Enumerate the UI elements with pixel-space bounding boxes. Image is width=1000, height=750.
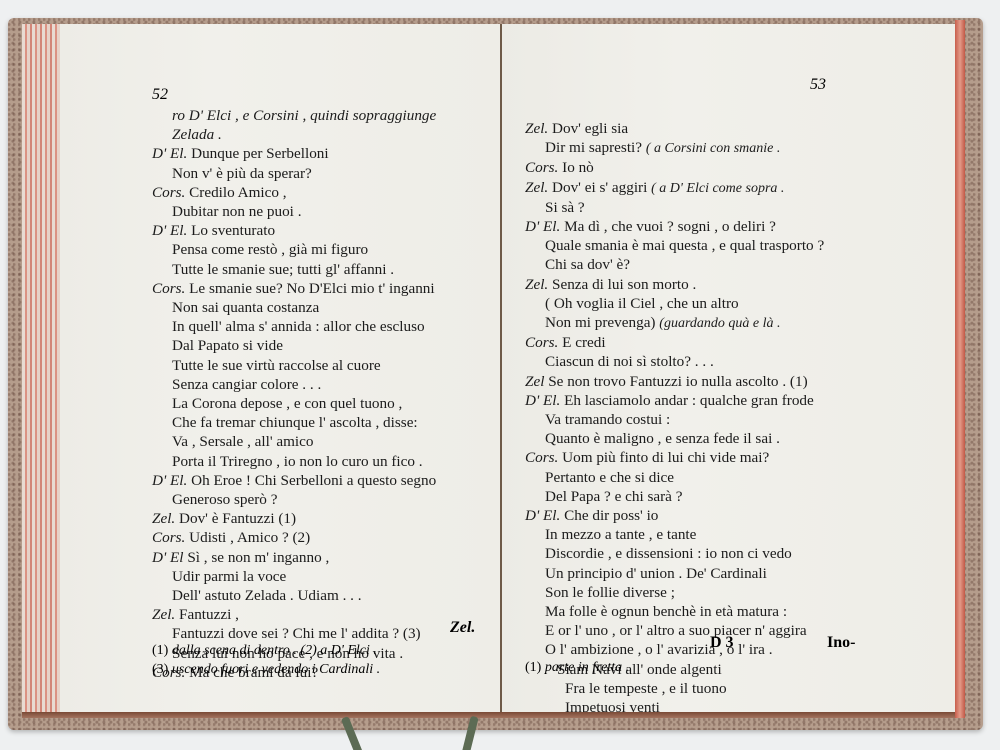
page-number: 53 bbox=[810, 76, 826, 94]
verse-text: Lo sventurato bbox=[191, 222, 275, 239]
speaker-label: D' El. bbox=[525, 218, 564, 235]
verse-line: Son le follie diverse ; bbox=[525, 583, 935, 602]
verse-line: Non mi prevenga) (guardando quà e là . bbox=[525, 313, 935, 333]
verse-line: ( Oh voglia il Ciel , che un altro bbox=[525, 294, 935, 313]
verse-text: Del Papa ? e chi sarà ? bbox=[545, 488, 682, 505]
verse-line: Generoso sperò ? bbox=[152, 490, 502, 509]
speaker-label: Cors. bbox=[152, 184, 189, 201]
verse-line: Del Papa ? e chi sarà ? bbox=[525, 487, 935, 506]
verse-text: E credi bbox=[562, 334, 605, 351]
speaker-label: D' El. bbox=[152, 145, 191, 162]
verse-line: Senza cangiar colore . . . bbox=[152, 375, 502, 394]
verse-line: Tutte le smanie sue; tutti gl' affanni . bbox=[152, 260, 502, 279]
verse-line: Un principio d' union . De' Cardinali bbox=[525, 564, 935, 583]
verse-line: Dell' astuto Zelada . Udiam . . . bbox=[152, 586, 502, 605]
verse-text: Ma dì , che vuoi ? sogni , o deliri ? bbox=[564, 218, 776, 235]
verse-line: Chi sa dov' è? bbox=[525, 255, 935, 274]
verse-line: Dubitar non ne puoi . bbox=[152, 202, 502, 221]
verse-text: Fantuzzi dove sei ? Chi me l' addita ? (… bbox=[172, 625, 421, 642]
verse-text: Senza di lui son morto . bbox=[552, 276, 696, 293]
verse-line: Zelada . bbox=[152, 125, 502, 144]
verse-line: Ma folle è ognun benchè in età matura : bbox=[525, 602, 935, 621]
speaker-label: Zel. bbox=[525, 276, 552, 293]
verse-line: Cors. Io nò bbox=[525, 158, 935, 177]
catchword: Ino- bbox=[827, 634, 855, 652]
verse-line: Si sà ? bbox=[525, 198, 935, 217]
verse-line: Cors. Credilo Amico , bbox=[152, 183, 502, 202]
verse-line: D' El. Lo sventurato bbox=[152, 221, 502, 240]
verse-line: D' El. Che dir poss' io bbox=[525, 506, 935, 525]
verse-text: Oh Eroe ! Chi Serbelloni a questo segno bbox=[191, 472, 436, 489]
left-page: 52 ro D' Elci , e Corsini , quindi sopra… bbox=[22, 24, 500, 714]
verse-line: Porta il Triregno , io non lo curo un fi… bbox=[152, 452, 502, 471]
speaker-label: Zel. bbox=[525, 120, 552, 137]
verse-line: Zel. Dov' ei s' aggiri ( a D' Elci come … bbox=[525, 178, 935, 198]
footnote-mark: (3) bbox=[152, 662, 172, 677]
speaker-label: Cors. bbox=[152, 280, 189, 297]
page-text: Zel. Dov' egli siaDir mi sapresti? ( a C… bbox=[525, 119, 935, 717]
footnotes: (1) dalla scena di dentro . (2) a D' Elc… bbox=[152, 642, 380, 679]
verse-text: Dal Papato si vide bbox=[172, 337, 283, 354]
verse-line: Non sai quanta costanza bbox=[152, 298, 502, 317]
verse-text: E or l' uno , or l' altro a suo piacer n… bbox=[545, 622, 807, 639]
verse-line: La Corona depose , e con quel tuono , bbox=[152, 394, 502, 413]
footnotes: (1) parte in fretta . bbox=[525, 659, 629, 678]
footnote-text: uscendo fuori e vedendo i Cardinali . bbox=[172, 662, 380, 677]
verse-text: ( Oh voglia il Ciel , che un altro bbox=[545, 295, 739, 312]
verse-text: Porta il Triregno , io non lo curo un fi… bbox=[172, 453, 423, 470]
verse-text: Io nò bbox=[562, 159, 594, 176]
verse-line: Cors. Uom più finto di lui chi vide mai? bbox=[525, 448, 935, 467]
verse-text: Pensa come restò , già mi figuro bbox=[172, 241, 368, 258]
verse-text: La Corona depose , e con quel tuono , bbox=[172, 395, 402, 412]
verse-line: Zel Se non trovo Fantuzzi io nulla ascol… bbox=[525, 372, 935, 391]
verse-line: Che fa tremar chiunque l' ascolta , diss… bbox=[152, 413, 502, 432]
verse-line: Discordie , e dissensioni : io non ci ve… bbox=[525, 544, 935, 563]
verse-text: Non mi prevenga) bbox=[545, 314, 659, 331]
verse-line: Cors. Udisti , Amico ? (2) bbox=[152, 528, 502, 547]
verse-text: Dell' astuto Zelada . Udiam . . . bbox=[172, 587, 362, 604]
verse-text: Tutte le smanie sue; tutti gl' affanni . bbox=[172, 261, 394, 278]
verse-line: D' El. Eh lasciamolo andar : qualche gra… bbox=[525, 391, 935, 410]
verse-line: Pertanto e che si dice bbox=[525, 468, 935, 487]
speaker-label: Zel bbox=[525, 373, 548, 390]
verse-text: Dov' è Fantuzzi (1) bbox=[179, 510, 296, 527]
verse-text: Senza cangiar colore . . . bbox=[172, 376, 321, 393]
verse-text: Se non trovo Fantuzzi io nulla ascolto .… bbox=[548, 373, 807, 390]
right-page: 53 Zel. Dov' egli siaDir mi sapresti? ( … bbox=[500, 24, 955, 714]
verse-line: Ciascun di noi sì stolto? . . . bbox=[525, 352, 935, 371]
verse-line: Dir mi sapresti? ( a Corsini con smanie … bbox=[525, 138, 935, 158]
speaker-label: D' El. bbox=[525, 507, 564, 524]
stage-direction: ( a D' Elci come sopra . bbox=[651, 181, 784, 196]
verse-text: Credilo Amico , bbox=[189, 184, 286, 201]
verse-text: Dubitar non ne puoi . bbox=[172, 203, 302, 220]
verse-text: Si sà ? bbox=[545, 199, 585, 216]
speaker-label: D' El bbox=[152, 549, 187, 566]
verse-text: Va tramando costui : bbox=[545, 411, 670, 428]
verse-line: Zel. Senza di lui son morto . bbox=[525, 275, 935, 294]
verse-text: Uom più finto di lui chi vide mai? bbox=[562, 449, 769, 466]
speaker-label: Cors. bbox=[152, 529, 189, 546]
speaker-label: Zel. bbox=[152, 606, 179, 623]
verse-text: Ma folle è ognun benchè in età matura : bbox=[545, 603, 787, 620]
page-number: 52 bbox=[152, 86, 168, 104]
verse-text: Quale smania è mai questa , e qual trasp… bbox=[545, 237, 824, 254]
verse-text: Fra le tempeste , e il tuono bbox=[565, 680, 727, 697]
verse-line: Udir parmi la voce bbox=[152, 567, 502, 586]
speaker-label: Cors. bbox=[525, 334, 562, 351]
verse-line: D' El. Dunque per Serbelloni bbox=[152, 144, 502, 163]
verse-text: Va , Sersale , all' amico bbox=[172, 433, 313, 450]
verse-text: ro D' Elci , e Corsini , quindi sopraggi… bbox=[172, 107, 436, 124]
verse-line: D' El Sì , se non m' inganno , bbox=[152, 548, 502, 567]
verse-text: Discordie , e dissensioni : io non ci ve… bbox=[545, 545, 792, 562]
speaker-label: Zel. bbox=[525, 179, 552, 196]
speaker-label: Cors. bbox=[525, 449, 562, 466]
footnote-text: dalla scena di dentro . (2) a D' Elci . bbox=[172, 643, 377, 658]
verse-text: Che dir poss' io bbox=[564, 507, 658, 524]
verse-line: D' El. Oh Eroe ! Chi Serbelloni a questo… bbox=[152, 471, 502, 490]
speaker-label: Cors. bbox=[525, 159, 562, 176]
verse-text: Le smanie sue? No D'Elci mio t' inganni bbox=[189, 280, 434, 297]
verse-text: Fantuzzi , bbox=[179, 606, 239, 623]
speaker-label: D' El. bbox=[525, 392, 564, 409]
verse-text: In quell' alma s' annida : allor che esc… bbox=[172, 318, 425, 335]
speaker-label: D' El. bbox=[152, 222, 191, 239]
verse-text: Dunque per Serbelloni bbox=[191, 145, 329, 162]
verse-text: Tutte le sue virtù raccolse al cuore bbox=[172, 357, 381, 374]
speaker-label: Zel. bbox=[152, 510, 179, 527]
footnote: (1) dalla scena di dentro . (2) a D' Elc… bbox=[152, 642, 380, 661]
stage-direction: ( a Corsini con smanie . bbox=[646, 141, 781, 156]
verse-text: Non sai quanta costanza bbox=[172, 299, 319, 316]
verse-line: Va tramando costui : bbox=[525, 410, 935, 429]
verse-text: In mezzo a tante , e tante bbox=[545, 526, 696, 543]
verse-text: Un principio d' union . De' Cardinali bbox=[545, 565, 767, 582]
stage-direction: (guardando quà e là . bbox=[659, 316, 780, 331]
verse-text: Non v' è più da sperar? bbox=[172, 165, 312, 182]
verse-line: Quanto è maligno , e senza fede il sai . bbox=[525, 429, 935, 448]
footnote-mark: (1) bbox=[525, 660, 545, 675]
verse-text: Udisti , Amico ? (2) bbox=[189, 529, 310, 546]
signature-mark: D 3 bbox=[710, 634, 734, 652]
verse-text: Ciascun di noi sì stolto? . . . bbox=[545, 353, 714, 370]
footnote-mark: (1) bbox=[152, 643, 172, 658]
page-text: ro D' Elci , e Corsini , quindi sopraggi… bbox=[152, 106, 502, 682]
catchword: Zel. bbox=[450, 619, 475, 637]
verse-text: Udir parmi la voce bbox=[172, 568, 286, 585]
verse-line: Va , Sersale , all' amico bbox=[152, 432, 502, 451]
verse-text: Zelada . bbox=[172, 126, 222, 143]
verse-text: Dov' egli sia bbox=[552, 120, 628, 137]
verse-line: Fra le tempeste , e il tuono bbox=[525, 679, 935, 698]
verse-line: D' El. Ma dì , che vuoi ? sogni , o deli… bbox=[525, 217, 935, 236]
verse-line: In mezzo a tante , e tante bbox=[525, 525, 935, 544]
verse-text: Pertanto e che si dice bbox=[545, 469, 674, 486]
verse-line: ro D' Elci , e Corsini , quindi sopraggi… bbox=[152, 106, 502, 125]
footnote: (3) uscendo fuori e vedendo i Cardinali … bbox=[152, 661, 380, 680]
verse-line: Zel. Dov' egli sia bbox=[525, 119, 935, 138]
verse-line: In quell' alma s' annida : allor che esc… bbox=[152, 317, 502, 336]
verse-line: Non v' è più da sperar? bbox=[152, 164, 502, 183]
verse-text: Che fa tremar chiunque l' ascolta , diss… bbox=[172, 414, 418, 431]
verse-text: Eh lasciamolo andar : qualche gran frode bbox=[564, 392, 814, 409]
verse-text: Sì , se non m' inganno , bbox=[187, 549, 329, 566]
verse-text: Chi sa dov' è? bbox=[545, 256, 630, 273]
verse-text: Generoso sperò ? bbox=[172, 491, 277, 508]
verse-line: Dal Papato si vide bbox=[152, 336, 502, 355]
verse-line: Tutte le sue virtù raccolse al cuore bbox=[152, 356, 502, 375]
verse-text: O l' ambizione , o l' avarizia , o l' ir… bbox=[545, 641, 773, 658]
verse-text: Dov' ei s' aggiri bbox=[552, 179, 651, 196]
footnote-text: parte in fretta . bbox=[545, 660, 629, 675]
verse-line: Cors. E credi bbox=[525, 333, 935, 352]
page-bottom-edge bbox=[22, 712, 955, 718]
verse-line: Cors. Le smanie sue? No D'Elci mio t' in… bbox=[152, 279, 502, 298]
verse-text: Dir mi sapresti? bbox=[545, 139, 646, 156]
verse-text: Son le follie diverse ; bbox=[545, 584, 675, 601]
speaker-label: D' El. bbox=[152, 472, 191, 489]
verse-line: Pensa come restò , già mi figuro bbox=[152, 240, 502, 259]
verse-text: Quanto è maligno , e senza fede il sai . bbox=[545, 430, 780, 447]
verse-line: Zel. Dov' è Fantuzzi (1) bbox=[152, 509, 502, 528]
footnote: (1) parte in fretta . bbox=[525, 659, 629, 678]
verse-line: Quale smania è mai questa , e qual trasp… bbox=[525, 236, 935, 255]
